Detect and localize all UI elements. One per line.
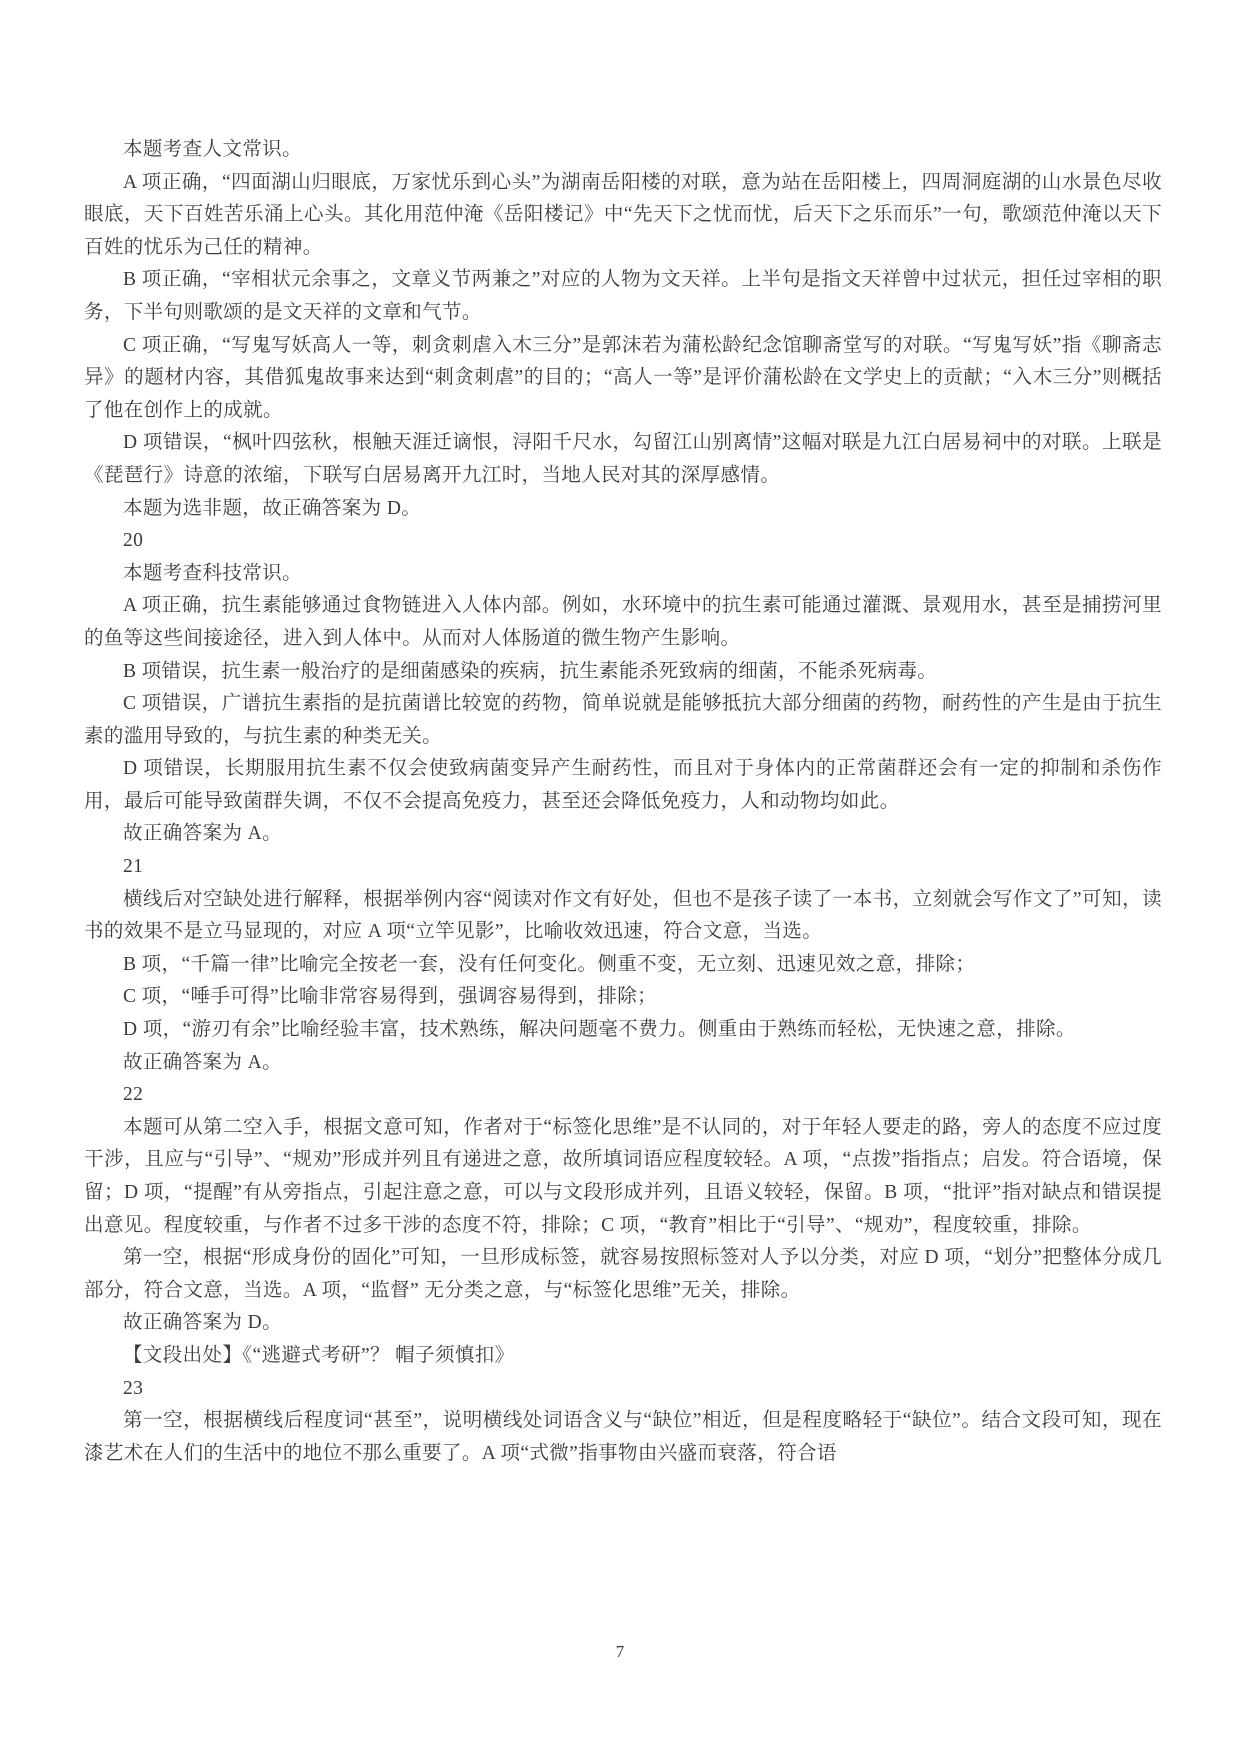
page-number: 7	[0, 1642, 1240, 1662]
paragraph: 第一空，根据“形成身份的固化”可知，一旦形成标签，就容易按照标签对人予以分类，对…	[84, 1242, 1162, 1307]
paragraph: D 项，“游刃有余”比喻经验丰富，技术熟练，解决问题毫不费力。侧重由于熟练而轻松…	[84, 1014, 1162, 1047]
paragraph: 本题可从第二空入手，根据文意可知，作者对于“标签化思维”是不认同的，对于年轻人要…	[84, 1112, 1162, 1242]
paragraph: 本题为选非题，故正确答案为 D。	[84, 493, 1162, 526]
paragraph: A 项正确，抗生素能够通过食物链进入人体内部。例如，水环境中的抗生素可能通过灌溉…	[84, 590, 1162, 655]
paragraph: 故正确答案为 A。	[84, 1047, 1162, 1080]
paragraph: 23	[84, 1373, 1162, 1406]
paragraph: A 项正确，“四面湖山归眼底，万家忧乐到心头”为湖南岳阳楼的对联，意为站在岳阳楼…	[84, 167, 1162, 265]
paragraph: C 项，“唾手可得”比喻非常容易得到，强调容易得到，排除；	[84, 981, 1162, 1014]
paragraph: 本题考查人文常识。	[84, 134, 1162, 167]
paragraph: 【文段出处】《“逃避式考研”？ 帽子须慎扣》	[84, 1340, 1162, 1373]
document-body: 本题考查人文常识。A 项正确，“四面湖山归眼底，万家忧乐到心头”为湖南岳阳楼的对…	[84, 134, 1162, 1470]
paragraph: 20	[84, 525, 1162, 558]
paragraph: 第一空，根据横线后程度词“甚至”，说明横线处词语含义与“缺位”相近，但是程度略轻…	[84, 1405, 1162, 1470]
paragraph: 故正确答案为 D。	[84, 1307, 1162, 1340]
paragraph: 22	[84, 1079, 1162, 1112]
document-page: 本题考查人文常识。A 项正确，“四面湖山归眼底，万家忧乐到心头”为湖南岳阳楼的对…	[0, 0, 1240, 1754]
paragraph: 21	[84, 851, 1162, 884]
paragraph: D 项错误，长期服用抗生素不仅会使致病菌变异产生耐药性，而且对于身体内的正常菌群…	[84, 753, 1162, 818]
paragraph: B 项正确，“宰相状元余事之，文章义节两兼之”对应的人物为文天祥。上半句是指文天…	[84, 264, 1162, 329]
paragraph: B 项，“千篇一律”比喻完全按老一套，没有任何变化。侧重不变，无立刻、迅速见效之…	[84, 949, 1162, 982]
paragraph: 横线后对空缺处进行解释，根据举例内容“阅读对作文有好处，但也不是孩子读了一本书，…	[84, 884, 1162, 949]
paragraph: D 项错误，“枫叶四弦秋，根触天涯迁谪恨，浔阳千尺水，勾留江山别离情”这幅对联是…	[84, 427, 1162, 492]
paragraph: 本题考查科技常识。	[84, 558, 1162, 591]
paragraph: B 项错误，抗生素一般治疗的是细菌感染的疾病，抗生素能杀死致病的细菌，不能杀死病…	[84, 656, 1162, 689]
paragraph: C 项正确，“写鬼写妖高人一等，刺贪刺虐入木三分”是郭沫若为蒲松龄纪念馆聊斋堂写…	[84, 330, 1162, 428]
paragraph: C 项错误，广谱抗生素指的是抗菌谱比较宽的药物，简单说就是能够抵抗大部分细菌的药…	[84, 688, 1162, 753]
paragraph: 故正确答案为 A。	[84, 818, 1162, 851]
